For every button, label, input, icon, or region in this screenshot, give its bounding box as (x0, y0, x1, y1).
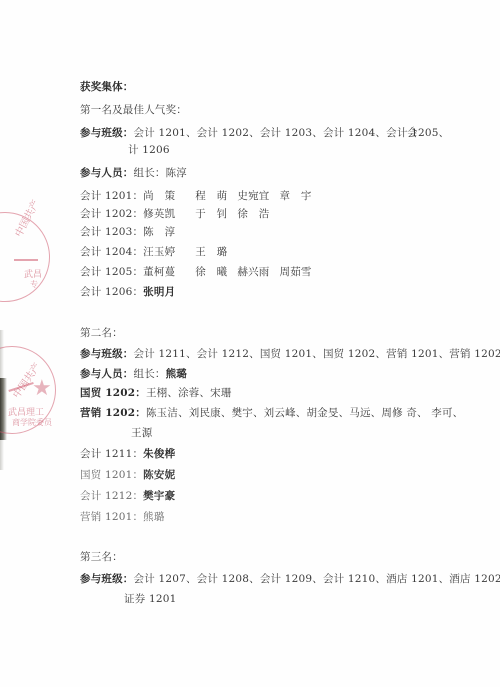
second-place-members: 参与人员：组长：熊璐 (80, 367, 187, 381)
leader-label: 组长： (134, 368, 166, 380)
second-place-title: 第二名： (80, 326, 123, 340)
group-class: 营销 1202： (80, 407, 146, 419)
group-class: 会计 1206： (80, 286, 143, 298)
classes-label: 参与班级： (80, 348, 134, 360)
group-row: 国贸 1202：王栩、涂蓉、宋珊 (80, 386, 232, 400)
member-name: 于 钊 (195, 208, 227, 220)
group-class: 国贸 1202： (80, 387, 146, 399)
group-row: 营销 1201：熊璐 (80, 510, 165, 524)
member-name: 程 萌 (195, 190, 227, 202)
leader-label: 组长： (134, 167, 166, 179)
first-place-title: 第一名及最佳人气奖： (80, 103, 187, 117)
member-name: 尚 策 (143, 190, 175, 202)
member-name: 徐 浩 (237, 208, 269, 220)
first-place-classes-trailing: 会 (407, 126, 418, 140)
group-row: 会计 1211：朱俊桦 (80, 447, 175, 461)
classes-label: 参与班级： (80, 127, 134, 139)
member-names: 朱俊桦 (143, 448, 175, 460)
member-names: 陈安妮 (143, 469, 175, 481)
seal-bar (14, 259, 38, 261)
group-class: 会计 1205： (80, 266, 143, 278)
member-names: 陈玉洁、刘民康、樊宇、刘云峰、胡金旻、马远、周修 奇、 李可、 (146, 407, 463, 419)
group-row: 会计 1212：樊宇豪 (80, 489, 175, 503)
classes-list: 会计 1211、会计 1212、国贸 1201、国贸 1202、营销 1201、… (134, 348, 500, 360)
classes-label: 参与班级： (80, 573, 134, 585)
member-name: 王 璐 (195, 246, 227, 258)
member-name: 史宛宜 (237, 190, 269, 202)
member-name: 董柯蔓 (143, 266, 175, 278)
group-row: 会计 1202：修英凯于 钊徐 浩 (80, 207, 270, 221)
member-name: 修英凯 (143, 208, 175, 220)
seal-lower-text-2: 专 (30, 279, 38, 290)
second-place-classes: 参与班级：会计 1211、会计 1212、国贸 1201、国贸 1202、营销 … (80, 347, 500, 361)
classes-list: 会计 1201、会计 1202、会计 1203、会计 1204、会计 1205、 (134, 127, 450, 139)
group-row: 营销 1202：陈玉洁、刘民康、樊宇、刘云峰、胡金旻、马远、周修 奇、 李可、 (80, 406, 463, 420)
members-label: 参与人员： (80, 368, 134, 380)
group-row: 会计 1206：张明月 (80, 285, 175, 299)
first-place-classes-continued: 计 1206 (128, 143, 170, 157)
group-class: 会计 1201： (80, 190, 143, 202)
member-name: 周茹雪 (280, 266, 312, 278)
member-name: 赫兴雨 (237, 266, 269, 278)
third-place-classes-continued: 证券 1201 (124, 592, 176, 606)
member-name: 陈 淳 (143, 226, 175, 238)
member-names: 樊宇豪 (143, 490, 175, 502)
member-names: 王栩、涂蓉、宋珊 (146, 387, 232, 399)
section-heading: 获奖集体： (80, 80, 134, 94)
group-class: 国贸 1201： (80, 469, 143, 481)
seal-arc-text: 中国共产 (10, 197, 42, 239)
group-row-continued: 王源 (131, 426, 152, 440)
group-class: 会计 1211： (80, 448, 143, 460)
third-place-classes: 参与班级：会计 1207、会计 1208、会计 1209、会计 1210、酒店 … (80, 572, 500, 586)
scanned-document-page: 中国共产 武昌 专 中国共产 ★ 武昌理工 商学院委员 · 获奖集体： 第一名及… (0, 0, 500, 687)
group-row: 会计 1201：尚 策程 萌史宛宜章 宇 (80, 189, 312, 203)
group-class: 会计 1202： (80, 208, 143, 220)
group-class: 会计 1204： (80, 246, 143, 258)
group-row: 会计 1203：陈 淳 (80, 225, 175, 239)
first-place-classes: 参与班级：会计 1201、会计 1202、会计 1203、会计 1204、会计 … (80, 126, 449, 140)
group-row: 国贸 1201：陈安妮 (80, 468, 175, 482)
member-name: 汪玉婷 (143, 246, 175, 258)
scan-edge-shadow (0, 378, 7, 440)
group-class: 营销 1201： (80, 511, 143, 523)
member-name: 徐 曦 (195, 266, 227, 278)
member-names: 熊璐 (143, 511, 164, 523)
group-row: 会计 1205：董柯蔓徐 曦赫兴雨周茹雪 (80, 265, 312, 279)
first-place-members: 参与人员：组长：陈淳 (80, 166, 187, 180)
third-place-title: 第三名： (80, 550, 123, 564)
member-name: 章 宇 (280, 190, 312, 202)
seal-star-icon: ★ (32, 376, 52, 401)
group-class: 会计 1203： (80, 226, 143, 238)
leader-name: 熊璐 (166, 368, 187, 380)
group-class: 会计 1212： (80, 490, 143, 502)
leader-name: 陈淳 (166, 167, 187, 179)
classes-list: 会计 1207、会计 1208、会计 1209、会计 1210、酒店 1201、… (134, 573, 500, 585)
group-row: 会计 1204：汪玉婷王 璐 (80, 245, 227, 259)
members-label: 参与人员： (80, 167, 134, 179)
seal-lower-text-2: 商学院委员 (12, 417, 52, 428)
member-name: 张明月 (143, 286, 175, 298)
